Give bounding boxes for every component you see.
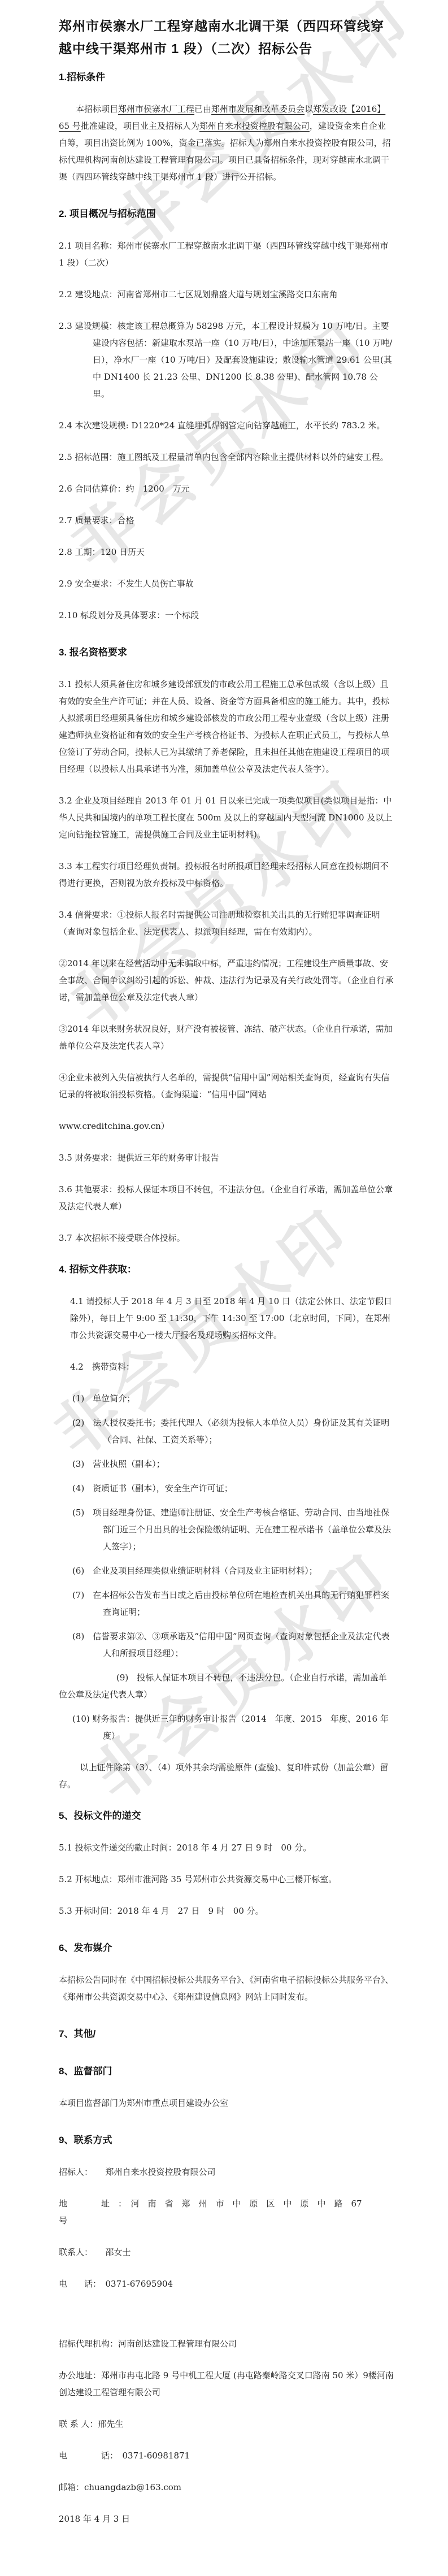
paragraph: 5.1 投标文件递交的截止时间：2018 年 4 月 27 日 9 时 00 分… <box>59 1839 394 1856</box>
paragraph: (7) 在本招标公告发布当日或之后由投标单位所在地检查机关出具的无行贿犯罪档案查… <box>59 1587 394 1621</box>
agency-email: 邮箱：chuangdazb@163.com <box>59 2479 394 2496</box>
paragraph: 2.9 安全要求：不发生人员伤亡事故 <box>59 575 394 592</box>
page-title: 郑州市侯寨水厂工程穿越南水北调干渠（西四环管线穿越中线干渠郑州市 1 段）（二次… <box>59 15 394 60</box>
paragraph: 2.8 工期：120 日历天 <box>59 544 394 561</box>
paragraph: 2.3 建设规模：核定该工程总概算为 58298 万元，本工程设计规模为 10 … <box>59 318 394 402</box>
paragraph: (2) 法人授权委托书；委托代理人（必须为投标人本单位人员）身份证及其有关证明（… <box>59 1414 394 1448</box>
tenderee-address: 地 址 ： 河 南 省 郑 州 市 中 原 区 中 原 中 路 67号 <box>59 2195 394 2229</box>
paragraph: 3.3 本工程实行项目经理负责制。投标报名时所报项目经理未经招标人同意在投标期间… <box>59 858 394 892</box>
paragraph: 3.2 企业及项目经理自 2013 年 01 月 01 日以来已完成一项类似项目… <box>59 792 394 843</box>
agency-contact: 联 系 人：邢先生 <box>59 2416 394 2432</box>
tenderee-phone: 电 话： 0371-67695904 <box>59 2275 394 2292</box>
paragraph: 4.2 携带资料： <box>70 1358 394 1375</box>
paragraph: 2.2 建设地点：河南省郑州市二七区规划鼎盛大道与规划宝溪路交口东南角 <box>59 286 394 303</box>
paragraph: 5.3 开标时间：2018 年 4 月 27 日 9 时 00 分。 <box>59 1902 394 1919</box>
document-body: 郑州市侯寨水厂工程穿越南水北调干渠（西四环管线穿越中线干渠郑州市 1 段）（二次… <box>0 0 448 2576</box>
paragraph: ③2014 年以来财务状况良好，财产没有被接管、冻结、破产状态。（企业自行承诺，… <box>59 1020 394 1054</box>
paragraph: (5) 项目经理身份证、建造师注册证、安全生产考核合格证、劳动合同、由当地社保部… <box>59 1504 394 1555</box>
paragraph: (3) 营业执照（副本）； <box>59 1456 394 1472</box>
paragraph: (9) 投标人保证本项目不转包，不违法分包。（企业自行承诺，需加盖单位公章及法定… <box>59 1669 394 1703</box>
paragraph: 2.1 项目名称：郑州市侯寨水厂工程穿越南水北调干渠（西四环管线穿越中线干渠郑州… <box>59 237 394 271</box>
text-run: 已由 <box>194 104 211 114</box>
text-run: 以 <box>305 104 313 114</box>
credit-china-url: www.creditchina.gov.cn） <box>59 1118 394 1135</box>
paragraph: 2.7 质量要求：合格 <box>59 512 394 529</box>
section-3-heading: 3. 报名资格要求 <box>59 644 394 661</box>
tender-conditions-paragraph: 本招标项目郑州市侯寨水厂工程已由郑州市发展和改革委员会以郑发改设【2016】65… <box>59 101 394 185</box>
document-page: 非会员水印 非会员水印 非会员水印 非会员水印 非会员水印 郑州市侯寨水厂工程穿… <box>0 0 448 2576</box>
section-7-heading: 7、其他/ <box>59 2026 394 2043</box>
paragraph: 3.5 财务要求：提供近三年的财务审计报告 <box>59 1149 394 1166</box>
paragraph: ②2014 年以来在经营活动中无未骗取中标，严重违约情况；工程建设生产质量事故、… <box>59 955 394 1006</box>
section-1-heading: 1.招标条件 <box>59 69 394 86</box>
underlined-text: 郑州市侯寨水厂工程 <box>118 104 194 114</box>
agency-name: 招标代理机构：河南创达建设工程管理有限公司 <box>59 2335 394 2352</box>
underlined-text: 郑州自来水投资控股有限公司 <box>199 121 310 131</box>
paragraph: 2.5 招标范围：施工图纸及工程量清单内包含全部内容除业主提供材料以外的建安工程… <box>59 449 394 466</box>
paragraph: ④企业未被列入失信被执行人名单的，需提供“信用中国”网站相关查询页，经查询有失信… <box>59 1069 394 1103</box>
paragraph: 3.4 信誉要求：①投标人报名时需提供公司注册地检察机关出具的无行贿犯罪调查证明… <box>59 906 394 940</box>
publish-date: 2018 年 4 月 3 日 <box>59 2510 394 2527</box>
paragraph: 2.6 合同估算价：约 1200 万元 <box>59 480 394 497</box>
paragraph: (4) 资质证书（副本），安全生产许可证； <box>59 1480 394 1497</box>
paragraph: (6) 企业及项目经理类似业绩证明材料（合同及业主证明材料）； <box>59 1562 394 1579</box>
section-4-heading: 4. 招标文件获取： <box>59 1261 394 1278</box>
paragraph: 3.7 本次招标不接受联合体投标。 <box>59 1230 394 1246</box>
paragraph: 3.1 投标人须具备住房和城乡建设部颁发的市政公用工程施工总承包贰级（含以上级）… <box>59 676 394 777</box>
underlined-text: 郑州市发展和改革委员会 <box>211 104 305 114</box>
paragraph: 2.4 本次建设规模: D1220*24 直缝埋弧焊钢管定向钻穿越施工，水平长约… <box>59 417 394 434</box>
section-8-heading: 8、监督部门 <box>59 2063 394 2080</box>
paragraph: 4.1 请投标人于 2018 年 4 月 3 日至 2018 年 4 月 10 … <box>70 1293 394 1344</box>
paragraph: 2.10 标段划分及具体要求：一个标段 <box>59 607 394 624</box>
section-2-heading: 2. 项目概况与招标范围 <box>59 206 394 223</box>
paragraph: 3.6 其他要求：投标人保证本项目不转包，不违法分包。（企业自行承诺，需加盖单位… <box>59 1181 394 1215</box>
paragraph: (1) 单位简介； <box>59 1390 394 1407</box>
agency-phone: 电 话： 0371-60981871 <box>59 2447 394 2464</box>
paragraph: 本招标公告同时在《中国招标投标公共服务平台》、《河南省电子招标投标公共服务平台》… <box>59 1971 394 2005</box>
paragraph: 以上证件除第（3）、（4）项外其余均需验原件 (查验)、复印件贰份（加盖公章）留… <box>59 1759 394 1793</box>
text-run: 批准建设，项目业主及招标人为 <box>81 121 199 131</box>
paragraph: (8) 信誉要求第②、③项承诺及“信用中国”网页查询（查询对象包括企业及法定代表… <box>59 1628 394 1662</box>
section-9-heading: 9、联系方式 <box>59 2132 394 2149</box>
tenderee-contact: 联系人： 邵女士 <box>59 2244 394 2261</box>
section-6-heading: 6、发布媒介 <box>59 1940 394 1957</box>
tenderee-name: 招标人： 郑州自来水投资控股有限公司 <box>59 2164 394 2180</box>
section-5-heading: 5、投标文件的递交 <box>59 1808 394 1825</box>
agency-address: 办公地址：郑州市冉屯北路 9 号中机工程大厦 (冉屯路秦岭路交叉口路南 50 米… <box>59 2367 394 2401</box>
paragraph: 5.2 开标地点：郑州市淮河路 35 号郑州市公共资源交易中心三楼开标室。 <box>59 1871 394 1888</box>
paragraph: (10) 财务报告：提供近三年的财务审计报告（2014 年度、2015 年度、2… <box>59 1710 394 1744</box>
paragraph: 本项目监督部门为郑州市重点项目建设办公室 <box>59 2095 394 2112</box>
text-run: 本招标项目 <box>76 104 118 114</box>
